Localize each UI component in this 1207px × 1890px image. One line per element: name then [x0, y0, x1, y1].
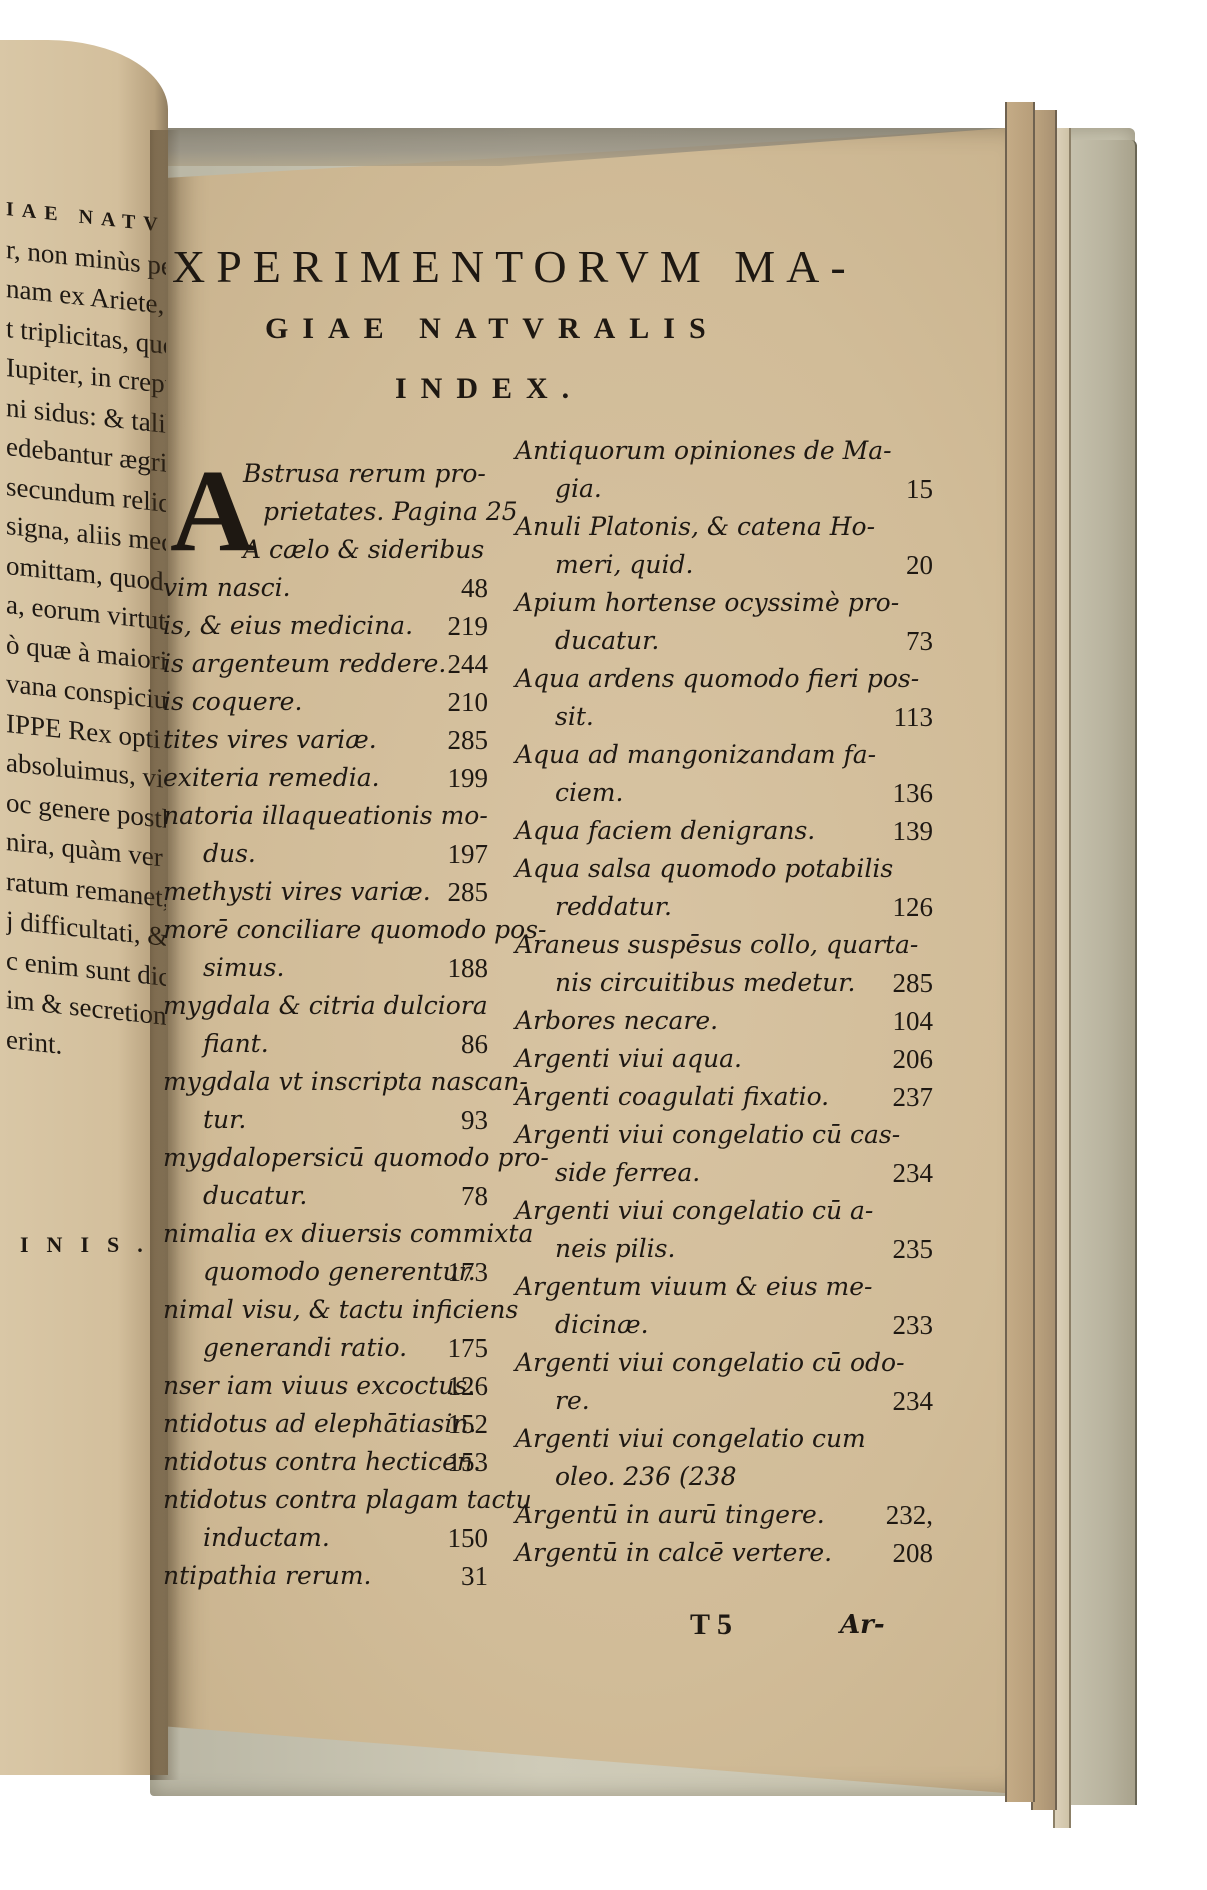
index-entry-text: ntidotus contra hecticen.: [163, 1443, 488, 1481]
index-column-right: Antiquorum opiniones de Ma-gia.15Anuli P…: [515, 432, 933, 1572]
index-entry-text: fiant.: [163, 1025, 488, 1063]
index-page-number: 219: [448, 607, 489, 645]
index-page-number: 20: [906, 546, 933, 584]
index-page-number: 206: [893, 1040, 934, 1078]
index-entry-text: Aqua salsa quomodo potabilis: [515, 850, 933, 888]
index-entry: is coquere.210: [163, 683, 488, 721]
index-entry-text: ducatur.: [515, 622, 933, 660]
index-entry-text: mygdala & citria dulciora: [163, 987, 488, 1025]
index-entry: nimalia ex diuersis commixtaquomodo gene…: [163, 1215, 488, 1291]
index-entry-text: Aqua ad mangonizandam fa-: [515, 736, 933, 774]
index-page-number: 136: [893, 774, 934, 812]
index-entry-text: Aqua ardens quomodo fieri pos-: [515, 660, 933, 698]
index-entry-text: ntidotus contra plagam tactu: [163, 1481, 488, 1519]
index-entry-text: Aqua faciem denigrans.: [515, 812, 933, 850]
index-entry-text: natoria illaqueationis mo-: [163, 797, 488, 835]
verso-page: IAE NATVRAL. r, non minùs per tri nam ex…: [0, 40, 168, 1775]
index-entry: morē conciliare quomodo pos-simus.188: [163, 911, 488, 987]
index-page-number: 126: [893, 888, 934, 926]
index-entry: Arbores necare.104: [515, 1002, 933, 1040]
index-entry: tites vires variæ.285: [163, 721, 488, 759]
index-entry-text: re.: [515, 1382, 933, 1420]
index-title-line1: XPERIMENTORVM MA-: [172, 240, 857, 293]
index-entry: Bstrusa rerum pro-prietates. Pagina 25A …: [163, 455, 488, 569]
index-entry-text: Apium hortense ocyssimè pro-: [515, 584, 933, 622]
index-entry: mygdala & citria dulciorafiant.86: [163, 987, 488, 1063]
index-entry: Anuli Platonis, & catena Ho-meri, quid.2…: [515, 508, 933, 584]
index-page-number: 237: [893, 1078, 934, 1116]
index-entry-text: methysti vires variæ.: [163, 873, 488, 911]
index-entry-text: reddatur.: [515, 888, 933, 926]
index-entry: Argentum viuum & eius me-dicinæ.233: [515, 1268, 933, 1344]
index-page-number: 210: [448, 683, 489, 721]
index-entry-text: Argenti viui congelatio cum: [515, 1420, 933, 1458]
index-entry-text: Antiquorum opiniones de Ma-: [515, 432, 933, 470]
index-entry-text: simus.: [163, 949, 488, 987]
index-page-number: 233: [893, 1306, 934, 1344]
index-page-number: 104: [893, 1002, 934, 1040]
index-entry-text: sit.: [515, 698, 933, 736]
page-stack-edge: [1005, 102, 1035, 1802]
index-entry: Argenti viui congelatio cū cas-side ferr…: [515, 1116, 933, 1192]
index-page-number: 175: [448, 1329, 489, 1367]
index-entry-text: is, & eius medicina.: [163, 607, 488, 645]
index-page-number: 234: [893, 1154, 934, 1192]
index-page-number: 232,: [886, 1496, 933, 1534]
index-entry-text: prietates. Pagina 25: [163, 493, 488, 531]
index-entry: Aqua salsa quomodo potabilisreddatur.126: [515, 850, 933, 926]
index-page-number: 173: [448, 1253, 489, 1291]
index-page-number: 86: [461, 1025, 488, 1063]
index-column-left: Bstrusa rerum pro-prietates. Pagina 25A …: [163, 455, 488, 1595]
signature-mark: T 5: [690, 1608, 732, 1642]
index-entry-text: Argenti viui congelatio cū odo-: [515, 1344, 933, 1382]
index-entry-text: Argenti viui aqua.: [515, 1040, 933, 1078]
index-entry-text: mygdala vt inscripta nascan-: [163, 1063, 488, 1101]
index-entry: ntidotus contra hecticen.153: [163, 1443, 488, 1481]
index-entry-text: Argenti viui congelatio cū cas-: [515, 1116, 933, 1154]
index-entry: Argenti viui congelatio cumoleo. 236 (23…: [515, 1420, 933, 1496]
index-entry-text: vim nasci.: [163, 569, 488, 607]
index-entry-text: Argenti coagulati fixatio.: [515, 1078, 933, 1116]
index-entry-text: morē conciliare quomodo pos-: [163, 911, 488, 949]
index-entry-text: ntipathia rerum.: [163, 1557, 488, 1595]
index-entry: ntidotus ad elephātiasin.152: [163, 1405, 488, 1443]
index-entry-text: Araneus suspēsus collo, quarta-: [515, 926, 933, 964]
index-entry-text: nimalia ex diuersis commixta: [163, 1215, 488, 1253]
book-cover-edge: [1067, 140, 1137, 1805]
index-entry: Argentū in calcē vertere.208: [515, 1534, 933, 1572]
index-page-number: 15: [906, 470, 933, 508]
index-page-number: 285: [893, 964, 934, 1002]
index-entry: mygdalopersicū quomodo pro-ducatur.78: [163, 1139, 488, 1215]
index-entry: methysti vires variæ.285: [163, 873, 488, 911]
index-page-number: 244: [448, 645, 489, 683]
index-entry: is, & eius medicina.219: [163, 607, 488, 645]
index-entry: Argenti viui congelatio cū a-neis pilis.…: [515, 1192, 933, 1268]
index-entry-text: gia.: [515, 470, 933, 508]
index-entry-text: ciem.: [515, 774, 933, 812]
index-entry-text: oleo. 236 (238: [515, 1458, 933, 1496]
index-page-number: 235: [893, 1230, 934, 1268]
index-entry-text: Argentum viuum & eius me-: [515, 1268, 933, 1306]
index-entry-text: Argentū in calcē vertere.: [515, 1534, 933, 1572]
index-page-number: 285: [448, 721, 489, 759]
index-entry: mygdala vt inscripta nascan-tur.93: [163, 1063, 488, 1139]
index-title-line2: GIAE NATVRALIS: [265, 312, 720, 346]
catchword: Ar-: [840, 1610, 885, 1640]
index-page-number: 126: [448, 1367, 489, 1405]
index-entry: Aqua faciem denigrans.139: [515, 812, 933, 850]
index-entry-text: tites vires variæ.: [163, 721, 488, 759]
index-entry-text: inductam.: [163, 1519, 488, 1557]
index-entry-text: is coquere.: [163, 683, 488, 721]
index-entry-text: meri, quid.: [515, 546, 933, 584]
index-entry-text: is argenteum reddere.: [163, 645, 488, 683]
index-entry-text: dus.: [163, 835, 488, 873]
index-entry: Apium hortense ocyssimè pro-ducatur.73: [515, 584, 933, 660]
index-entry-text: Anuli Platonis, & catena Ho-: [515, 508, 933, 546]
index-page-number: 93: [461, 1101, 488, 1139]
index-entry-text: mygdalopersicū quomodo pro-: [163, 1139, 488, 1177]
index-page-number: 78: [461, 1177, 488, 1215]
index-entry: Araneus suspēsus collo, quarta-nis circu…: [515, 926, 933, 1002]
index-page-number: 234: [893, 1382, 934, 1420]
index-entry: Antiquorum opiniones de Ma-gia.15: [515, 432, 933, 508]
index-entry-text: Bstrusa rerum pro-: [163, 455, 488, 493]
index-page-number: 150: [448, 1519, 489, 1557]
verso-text-block: IAE NATVRAL. r, non minùs per tri nam ex…: [6, 190, 166, 1076]
index-entry-text: tur.: [163, 1101, 488, 1139]
index-entry-text: ducatur.: [163, 1177, 488, 1215]
index-entry-text: neis pilis.: [515, 1230, 933, 1268]
index-entry-text: Argenti viui congelatio cū a-: [515, 1192, 933, 1230]
index-entry: Argenti coagulati fixatio.237: [515, 1078, 933, 1116]
index-entry-text: dicinæ.: [515, 1306, 933, 1344]
index-entry-text: nis circuitibus medetur.: [515, 964, 933, 1002]
verso-finis: INIS.: [20, 1232, 161, 1258]
index-entry-text: Argentū in aurū tingere.: [515, 1496, 933, 1534]
index-entry-text: ntidotus ad elephātiasin.: [163, 1405, 488, 1443]
index-entry: Aqua ardens quomodo fieri pos-sit.113: [515, 660, 933, 736]
index-entry-text: A cælo & sideribus: [163, 531, 488, 569]
index-entry: nser iam viuus excoctus.126: [163, 1367, 488, 1405]
index-entry: Argentū in aurū tingere.232,: [515, 1496, 933, 1534]
index-entry-text: nimal visu, & tactu inficiens: [163, 1291, 488, 1329]
index-page-number: 199: [448, 759, 489, 797]
index-title-line3: INDEX.: [395, 372, 583, 406]
index-entry: natoria illaqueationis mo-dus.197: [163, 797, 488, 873]
index-entry-text: Arbores necare.: [515, 1002, 933, 1040]
index-page-number: 188: [448, 949, 489, 987]
index-entry: ntidotus contra plagam tactuinductam.150: [163, 1481, 488, 1557]
index-entry-text: generandi ratio.: [163, 1329, 488, 1367]
index-entry: exiteria remedia.199: [163, 759, 488, 797]
index-page-number: 48: [461, 569, 488, 607]
index-entry-text: side ferrea.: [515, 1154, 933, 1192]
index-entry: Aqua ad mangonizandam fa-ciem.136: [515, 736, 933, 812]
index-page-number: 152: [448, 1405, 489, 1443]
index-entry-text: exiteria remedia.: [163, 759, 488, 797]
index-entry: Argenti viui congelatio cū odo-re.234: [515, 1344, 933, 1420]
index-page-number: 31: [461, 1557, 488, 1595]
index-entry: nimal visu, & tactu inficiensgenerandi r…: [163, 1291, 488, 1367]
index-page-number: 208: [893, 1534, 934, 1572]
index-entry: vim nasci.48: [163, 569, 488, 607]
index-page-number: 197: [448, 835, 489, 873]
index-entry: Argenti viui aqua.206: [515, 1040, 933, 1078]
index-entry-text: quomodo generentur.: [163, 1253, 488, 1291]
index-page-number: 73: [906, 622, 933, 660]
index-entry: is argenteum reddere.244: [163, 645, 488, 683]
index-entry: ntipathia rerum.31: [163, 1557, 488, 1595]
index-page-number: 285: [448, 873, 489, 911]
index-page-number: 113: [894, 698, 934, 736]
index-page-number: 139: [893, 812, 934, 850]
index-page-number: 153: [448, 1443, 489, 1481]
index-entry-text: nser iam viuus excoctus.: [163, 1367, 488, 1405]
